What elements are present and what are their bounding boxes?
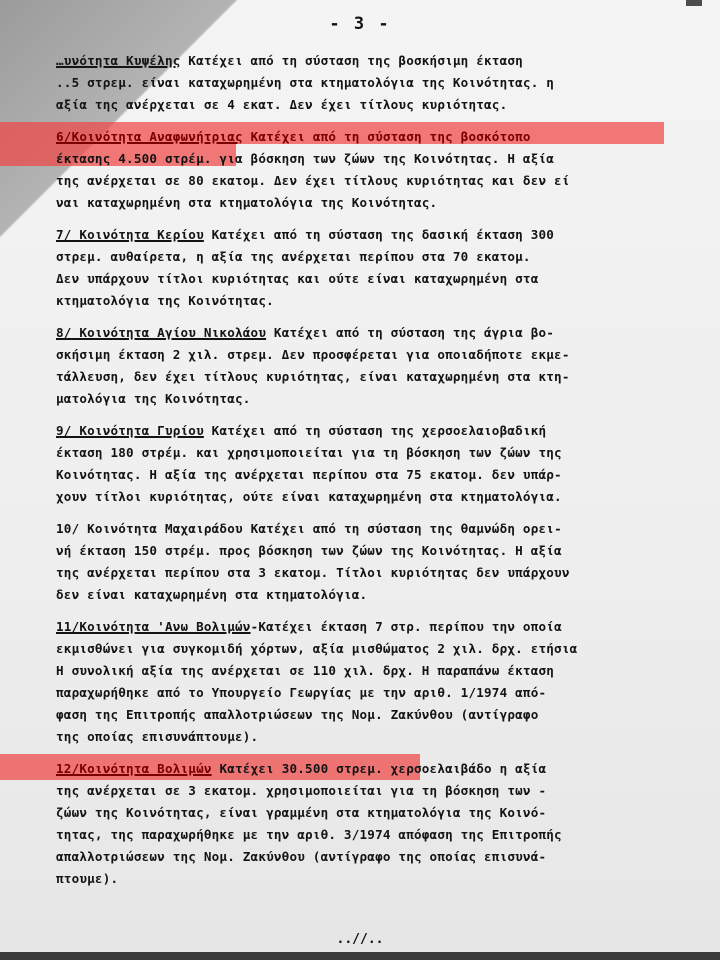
paragraph-line: έκταση 180 στρέμ. και χρησιμοποιείται γι… xyxy=(56,442,666,464)
paragraph-line: δεν είναι καταχωρημένη στα κτηματολόγια. xyxy=(56,584,666,606)
paragraph-10: 10/ Κοινότητα Μαχαιράδου Κατέχει από τη … xyxy=(56,518,666,606)
paragraph-5: …υνότητα Κυψέλης Κατέχει από τη σύσταση … xyxy=(56,50,666,116)
paragraph-line: ματολόγια της Κοινότητας. xyxy=(56,388,666,410)
paragraph-line: Κατέχει από τη σύσταση της βοσκότοπο xyxy=(243,129,531,144)
paragraph-line: Δεν υπάρχουν τίτλοι κυριότητας και ούτε … xyxy=(56,268,666,290)
paragraph-line: της οποίας επισυνάπτουμε). xyxy=(56,726,666,748)
paragraph-line: χουν τίτλοι κυριότητας, ούτε είναι καταχ… xyxy=(56,486,666,508)
paragraph-line: νή έκταση 150 στρέμ. προς βόσκηση των ζώ… xyxy=(56,540,666,562)
bottom-edge xyxy=(0,952,720,960)
paragraph-11: 11/Κοινότητα 'Ανω Βολιμών-Κατέχει έκταση… xyxy=(56,616,666,748)
paragraph-line: σκήσιμη έκταση 2 χιλ. στρεμ. Δεν προσφέρ… xyxy=(56,344,666,366)
paragraph-line: απαλλοτριώσεων της Νομ. Ζακύνθου (αντίγρ… xyxy=(56,846,666,868)
paragraph-7: 7/ Κοινότητα Κερίου Κατέχει από τη σύστα… xyxy=(56,224,666,312)
paragraph-heading: 8/ Κοινότητα Αγίου Νικολάου xyxy=(56,325,266,340)
paragraph-line: Κατέχει 30.500 στρεμ. χερσοελαιβάδο η αξ… xyxy=(212,761,547,776)
paragraph-line: παραχωρήθηκε από το Υπουργείο Γεωργίας μ… xyxy=(56,682,666,704)
paragraph-line: αξία της ανέρχεται σε 4 εκατ. Δεν έχει τ… xyxy=(56,94,666,116)
continuation-mark: ..//.. xyxy=(0,932,720,947)
paragraph-heading: …υνότητα Κυψέλης xyxy=(56,53,181,68)
paragraph-line: της ανέρχεται σε 80 εκατομ. Δεν έχει τίτ… xyxy=(56,170,666,192)
paragraph-line: Κατέχει από τη σύσταση της βοσκήσιμη έκτ… xyxy=(181,53,523,68)
document-body: …υνότητα Κυψέλης Κατέχει από τη σύσταση … xyxy=(56,50,666,900)
document-viewport: - 3 - …υνότητα Κυψέλης Κατέχει από τη σύ… xyxy=(0,0,720,960)
paragraph-heading: 7/ Κοινότητα Κερίου xyxy=(56,227,204,242)
paragraph-line: ναι καταχωρημένη στα κτηματολόγια της Κο… xyxy=(56,192,666,214)
paragraph-line: εκμισθώνει για συγκομιδή χόρτων, αξία μι… xyxy=(56,638,666,660)
paragraph-line: έκτασης 4.500 στρέμ. για βόσκηση των ζώω… xyxy=(56,148,666,170)
paragraph-line: -Κατέχει έκταση 7 στρ. περίπου την οποία xyxy=(251,619,562,634)
paragraph-heading: 9/ Κοινότητα Γυρίου xyxy=(56,423,204,438)
paragraph-heading: 10/ Κοινότητα Μαχαιράδου xyxy=(56,521,243,536)
paragraph-line: της ανέρχεται σε 3 εκατομ. χρησιμοποιείτ… xyxy=(56,780,666,802)
corner-mark xyxy=(686,0,702,6)
paragraph-line: πτουμε). xyxy=(56,868,666,890)
paragraph-12: 12/Κοινότητα Βολιμών Κατέχει 30.500 στρε… xyxy=(56,758,666,890)
paragraph-line: Κατέχει από τη σύσταση της δασική έκταση… xyxy=(204,227,554,242)
paragraph-line: τητας, της παραχωρήθηκε με την αριθ. 3/1… xyxy=(56,824,666,846)
paragraph-heading: 12/Κοινότητα Βολιμών xyxy=(56,761,212,776)
paragraph-line: Κατέχει από τη σύσταση της θαμνώδη ορει- xyxy=(243,521,562,536)
paragraph-line: Κατέχει από τη σύσταση της χερσοελαιοβαδ… xyxy=(204,423,546,438)
paragraph-9: 9/ Κοινότητα Γυρίου Κατέχει από τη σύστα… xyxy=(56,420,666,508)
paragraph-line: κτηματολόγια της Κοινότητας. xyxy=(56,290,666,312)
paragraph-line: της ανέρχεται περίπου στα 3 εκατομ. Τίτλ… xyxy=(56,562,666,584)
paragraph-line: Η συνολική αξία της ανέρχεται σε 110 χιλ… xyxy=(56,660,666,682)
paragraph-line: Κοινότητας. Η αξία της ανέρχεται περίπου… xyxy=(56,464,666,486)
paragraph-line: Κατέχει από τη σύσταση της άγρια βο- xyxy=(266,325,554,340)
paragraph-line: στρεμ. αυθαίρετα, η αξία της ανέρχεται π… xyxy=(56,246,666,268)
paragraph-heading: 6/Κοινότητα Αναφωνήτριας xyxy=(56,129,243,144)
paragraph-6: 6/Κοινότητα Αναφωνήτριας Κατέχει από τη … xyxy=(56,126,666,214)
page-number: - 3 - xyxy=(0,14,720,34)
paragraph-line: ζώων της Κοινότητας, είναι γραμμένη στα … xyxy=(56,802,666,824)
paragraph-line: τάλλευση, δεν έχει τίτλους κυριότητας, ε… xyxy=(56,366,666,388)
paragraph-8: 8/ Κοινότητα Αγίου Νικολάου Κατέχει από … xyxy=(56,322,666,410)
paragraph-heading: 11/Κοινότητα 'Ανω Βολιμών xyxy=(56,619,251,634)
paragraph-line: ..5 στρεμ. είναι καταχωρημένη στα κτηματ… xyxy=(56,72,666,94)
paragraph-line: φαση της Επιτροπής απαλλοτριώσεων της Νο… xyxy=(56,704,666,726)
